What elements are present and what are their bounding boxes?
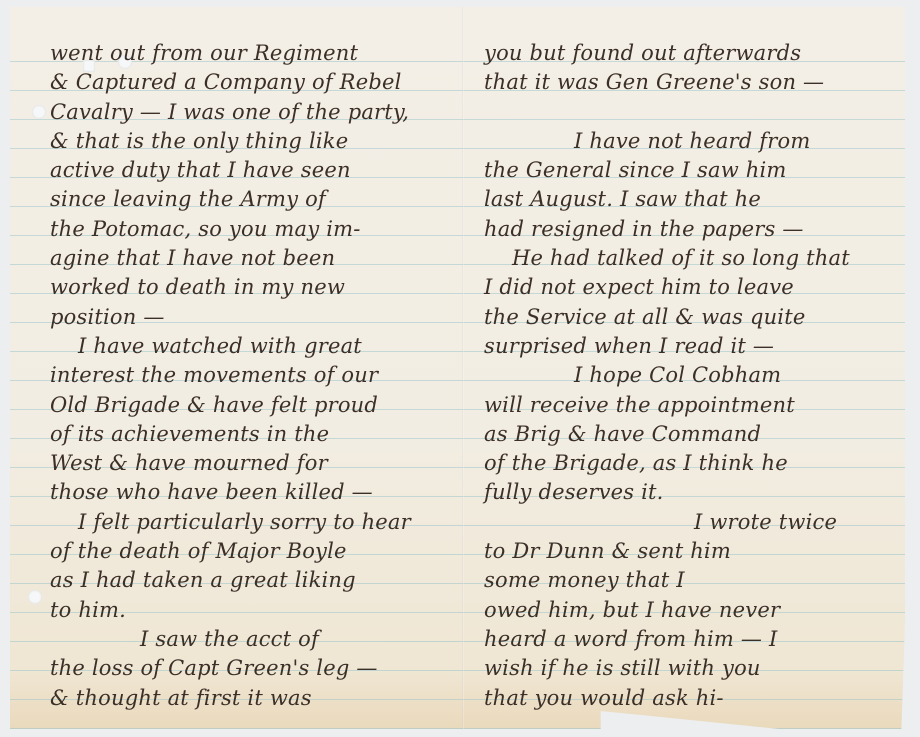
text-line: you but found out afterwards xyxy=(484,39,897,68)
text-line: & thought at first it was xyxy=(50,684,454,713)
text-line: interest the movements of our xyxy=(50,361,454,390)
text-line: the loss of Capt Green's leg — xyxy=(50,654,454,683)
text-line: owed him, but I have never xyxy=(484,596,897,625)
text-line: I hope Col Cobham xyxy=(484,361,897,390)
text-line: that it was Gen Greene's son — xyxy=(484,68,897,97)
text-line: active duty that I have seen xyxy=(50,156,454,185)
text-line: & that is the only thing like xyxy=(50,127,454,156)
text-line: of its achievements in the xyxy=(50,420,454,449)
text-line: fully deserves it. xyxy=(484,478,897,507)
text-line: wish if he is still with you xyxy=(484,654,897,683)
text-line: & Captured a Company of Rebel xyxy=(50,68,454,97)
text-line: last August. I saw that he xyxy=(484,185,897,214)
text-line: I did not expect him to leave xyxy=(484,273,897,302)
text-line: went out from our Regiment xyxy=(50,39,454,68)
blank-line xyxy=(484,98,897,127)
text-line: position — xyxy=(50,303,454,332)
text-line: to Dr Dunn & sent him xyxy=(484,537,897,566)
text-line: that you would ask hi- xyxy=(484,684,897,713)
text-line: He had talked of it so long that xyxy=(484,244,897,273)
text-line: I felt particularly sorry to hear xyxy=(50,508,454,537)
text-line: the General since I saw him xyxy=(484,156,897,185)
text-line: the Potomac, so you may im- xyxy=(50,215,454,244)
right-page-text: you but found out afterwards that it was… xyxy=(484,39,897,713)
text-line: to him. xyxy=(50,596,454,625)
text-line: had resigned in the papers — xyxy=(484,215,897,244)
text-line: surprised when I read it — xyxy=(484,332,897,361)
text-line: West & have mourned for xyxy=(50,449,454,478)
text-line: I wrote twice xyxy=(484,508,897,537)
text-line: as Brig & have Command xyxy=(484,420,897,449)
text-line: agine that I have not been xyxy=(50,244,454,273)
text-line: I saw the acct of xyxy=(50,625,454,654)
text-line: heard a word from him — I xyxy=(484,625,897,654)
text-line: some money that I xyxy=(484,566,897,595)
text-line: those who have been killed — xyxy=(50,478,454,507)
text-line: as I had taken a great liking xyxy=(50,566,454,595)
text-line: worked to death in my new xyxy=(50,273,454,302)
text-line: will receive the appointment xyxy=(484,391,897,420)
scan-background: went out from our Regiment & Captured a … xyxy=(0,0,920,737)
text-line: since leaving the Army of xyxy=(50,185,454,214)
text-line: of the death of Major Boyle xyxy=(50,537,454,566)
text-line: of the Brigade, as I think he xyxy=(484,449,897,478)
text-line: Cavalry — I was one of the party, xyxy=(50,98,454,127)
text-line: I have not heard from xyxy=(484,127,897,156)
text-line: Old Brigade & have felt proud xyxy=(50,391,454,420)
text-line: I have watched with great xyxy=(50,332,454,361)
right-page: you but found out afterwards that it was… xyxy=(464,7,905,729)
text-line: the Service at all & was quite xyxy=(484,303,897,332)
letter-sheet: went out from our Regiment & Captured a … xyxy=(10,7,905,729)
left-page-text: went out from our Regiment & Captured a … xyxy=(50,39,454,713)
left-page: went out from our Regiment & Captured a … xyxy=(10,7,462,729)
